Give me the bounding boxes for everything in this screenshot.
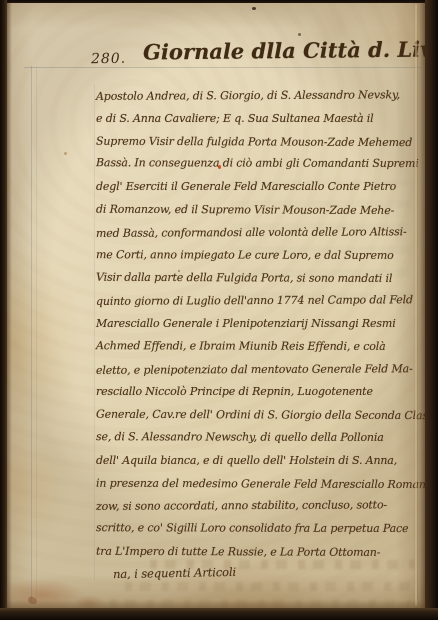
closing-line: na, i sequenti Articoli	[113, 565, 236, 581]
manuscript-line: Apostolo Andrea, di S. Giorgio, di S. Al…	[96, 84, 426, 109]
binding-shadow-left	[7, 0, 12, 620]
manuscript-line: med Bassà, conformandosi alle volontà de…	[96, 221, 426, 246]
manuscript-line: Supremo Visir della fulgida Porta Mouson…	[96, 130, 426, 154]
manuscript-line: quinto giorno di Luglio dell'anno 1774 n…	[96, 289, 426, 314]
manuscript-line: Maresciallo Generale i Plenipotenziarij …	[96, 313, 426, 336]
manuscript-line: dell' Aquila bianca, e di quello dell' H…	[96, 450, 426, 473]
manuscript-line: Generale, Cav.re dell' Ordini di S. Gior…	[96, 404, 426, 428]
manuscript-line: Bassà. In conseguenza di ciò ambi gli Co…	[96, 153, 426, 177]
book-binding-left	[0, 0, 7, 620]
page-edge-highlight	[415, 4, 417, 606]
manuscript-line: Achmed Effendi, e Ibraim Miunib Reis Eff…	[96, 335, 426, 359]
book-edge-right	[425, 0, 438, 620]
manuscript-line: me Corti, anno impiegato Le cure Loro, e…	[96, 244, 426, 268]
manuscript-line: se, di S. Alessandro Newschy, di quello …	[96, 426, 426, 450]
body-text: Apostolo Andrea, di S. Giorgio, di S. Al…	[96, 85, 426, 564]
manuscript-line: e di S. Anna Cavaliere; E q. Sua Sultane…	[96, 108, 426, 131]
manuscript-line: resciallo Niccolò Principe di Repnin, Lu…	[96, 381, 426, 404]
manuscript-line: di Romanzow, ed il Supremo Visir Mouson-…	[96, 199, 426, 223]
manuscript-line: eletto, e plenipotenziato dal mentovato …	[96, 358, 426, 383]
manuscript-line: tra L'Impero di tutte Le Russie, e La Po…	[96, 541, 426, 565]
page-edge-shadow-bottom	[7, 600, 425, 608]
page-number: 280.	[91, 51, 126, 68]
manuscript-line: in presenza del medesimo Generale Feld M…	[96, 472, 426, 496]
manuscript-line: degl' Eserciti il Generale Feld Marescia…	[96, 176, 426, 199]
book-edge-top	[0, 0, 438, 3]
page-title: Giornale dlla Città d. Livorno	[143, 37, 428, 65]
manuscript-line: Visir dalla parte della Fulgida Porta, s…	[96, 267, 426, 291]
manuscript-line: scritto, e co' Sigilli Loro consolidato …	[96, 517, 426, 541]
manuscript-line: zow, si sono accordati, anno stabilito, …	[96, 494, 426, 519]
manuscript-scan: 280. Giornale dlla Città d. Livorno Apos…	[0, 0, 438, 620]
book-edge-bottom	[0, 608, 438, 620]
